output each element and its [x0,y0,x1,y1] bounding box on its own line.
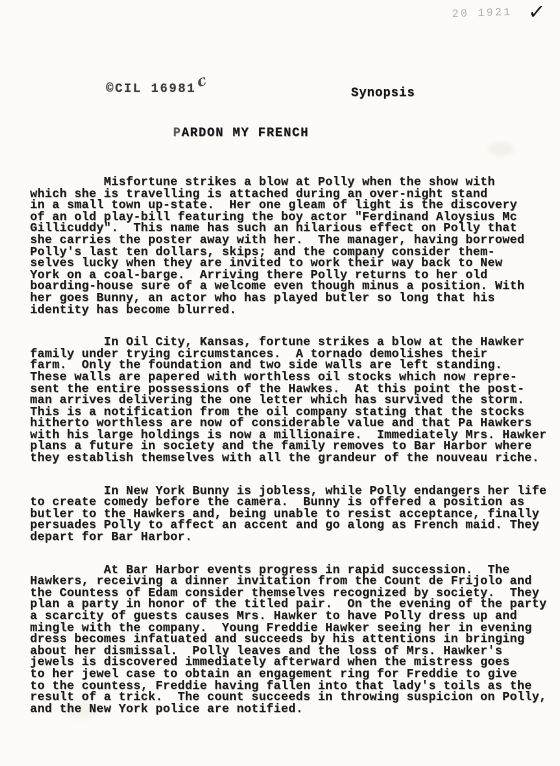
text-line: and the New York police are notified. [30,704,554,716]
text-line: they establish themselves with all the g… [30,453,554,465]
document-type-heading: Synopsis [351,86,415,100]
date-stamp: 20 1921 [452,7,513,21]
film-title: PARDON MY FRENCH [173,126,309,140]
checkmark-annotation: ✓ [527,0,546,24]
copyright-registration-number: ©CIL 16981 [106,82,196,96]
synopsis-paragraph: In Oil City, Kansas, fortune strikes a b… [30,337,554,465]
text-line: depart for Bar Harbor. [30,532,554,544]
pencil-squiggle-annotation: c [194,71,208,91]
text-line: identity has become blurred. [30,305,554,317]
synopsis-body: Misfortune strikes a blow at Polly when … [30,177,554,736]
synopsis-paragraph: In New York Bunny is jobless, while Poll… [30,486,554,544]
paper-smudge [488,142,514,156]
synopsis-paragraph: Misfortune strikes a blow at Polly when … [30,177,554,316]
synopsis-paragraph: At Bar Harbor events progress in rapid s… [30,565,554,716]
